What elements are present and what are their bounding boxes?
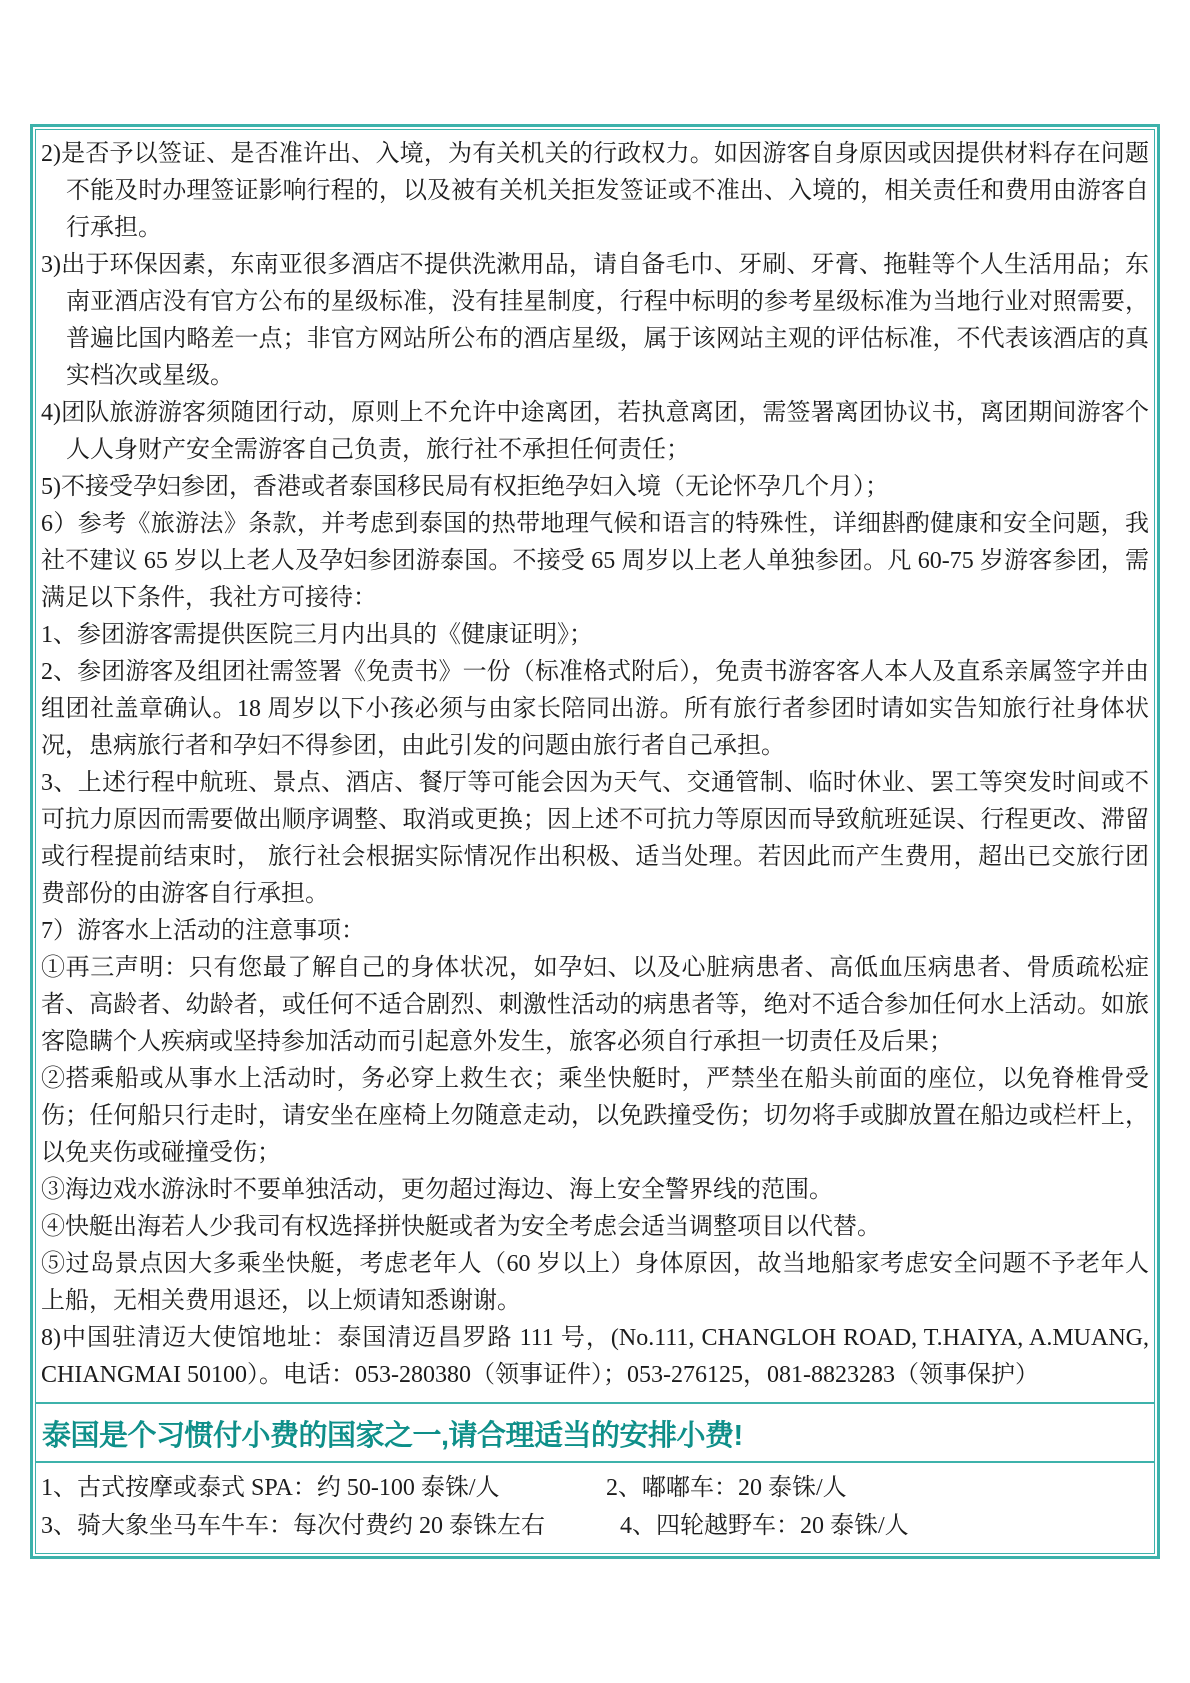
document-page: 2)是否予以签证、是否准许出、入境，为有关机关的行政权力。如因游客自身原因或因提… (0, 0, 1190, 1683)
note-speedboat-sharing: ④快艇出海若人少我司有权选择拼快艇或者为安全考虑会适当调整项目以代替。 (41, 1209, 1149, 1246)
note-boat-safety: ②搭乘船或从事水上活动时，务必穿上救生衣；乘坐快艇时，严禁坐在船头前面的座位，以… (41, 1061, 1149, 1172)
note-island-elderly: ⑤过岛景点因大多乘坐快艇，考虑老年人（60 岁以上）身体原因，故当地船家考虑安全… (41, 1246, 1149, 1320)
note-embassy-contact: 8)中国驻清迈大使馆地址：泰国清迈昌罗路 111 号，(No.111, CHAN… (41, 1320, 1149, 1394)
tip-item-tuktuk: 2、嘟嘟车：20 泰铢/人 (606, 1471, 1149, 1505)
tips-section: 1、古式按摩或泰式 SPA：约 50-100 泰铢/人 2、嘟嘟车：20 泰铢/… (36, 1461, 1154, 1553)
note-force-majeure: 3、上述行程中航班、景点、酒店、餐厅等可能会因为天气、交通管制、临时休业、罢工等… (41, 765, 1149, 913)
tip-header-text: 泰国是个习惯付小费的国家之一,请合理适当的安排小费! (42, 1420, 743, 1452)
notice-table-inner-border: 2)是否予以签证、是否准许出、入境，为有关机关的行政权力。如因游客自身原因或因提… (35, 129, 1155, 1554)
notes-section: 2)是否予以签证、是否准许出、入境，为有关机关的行政权力。如因游客自身原因或因提… (36, 130, 1154, 1402)
note-elderly-policy: 6）参考《旅游法》条款，并考虑到泰国的热带地理气候和语言的特殊性，详细斟酌健康和… (41, 506, 1149, 617)
note-group-travel: 4)团队旅游游客须随团行动，原则上不允许中途离团，若执意离团，需签署离团协议书，… (41, 395, 1149, 469)
note-health-certificate: 1、参团游客需提供医院三月内出具的《健康证明》； (41, 617, 1149, 654)
note-disclaimer-letter: 2、参团游客及组团社需签署《免责书》一份（标准格式附后），免责书游客客人本人及直… (41, 654, 1149, 765)
tip-item-atv: 4、四轮越野车：20 泰铢/人 (606, 1509, 1149, 1543)
note-swimming-boundary: ③海边戏水游泳时不要单独活动，更勿超过海边、海上安全警界线的范围。 (41, 1172, 1149, 1209)
notice-table: 2)是否予以签证、是否准许出、入境，为有关机关的行政权力。如因游客自身原因或因提… (30, 124, 1160, 1559)
tip-item-elephant-ride: 3、骑大象坐马车牛车：每次付费约 20 泰铢左右 (41, 1509, 606, 1543)
note-water-activities-title: 7）游客水上活动的注意事项： (41, 913, 1149, 950)
tip-header-row: 泰国是个习惯付小费的国家之一,请合理适当的安排小费! (36, 1402, 1154, 1461)
tip-item-massage-spa: 1、古式按摩或泰式 SPA：约 50-100 泰铢/人 (41, 1471, 606, 1505)
note-pregnancy: 5)不接受孕妇参团，香港或者泰国移民局有权拒绝孕妇入境（无论怀孕几个月）； (41, 469, 1149, 506)
note-water-health-warning: ①再三声明：只有您最了解自己的身体状况，如孕妇、以及心脏病患者、高低血压病患者、… (41, 950, 1149, 1061)
note-hotel-standards: 3)出于环保因素，东南亚很多酒店不提供洗漱用品，请自备毛巾、牙刷、牙膏、拖鞋等个… (41, 247, 1149, 395)
note-visa-authority: 2)是否予以签证、是否准许出、入境，为有关机关的行政权力。如因游客自身原因或因提… (41, 136, 1149, 247)
